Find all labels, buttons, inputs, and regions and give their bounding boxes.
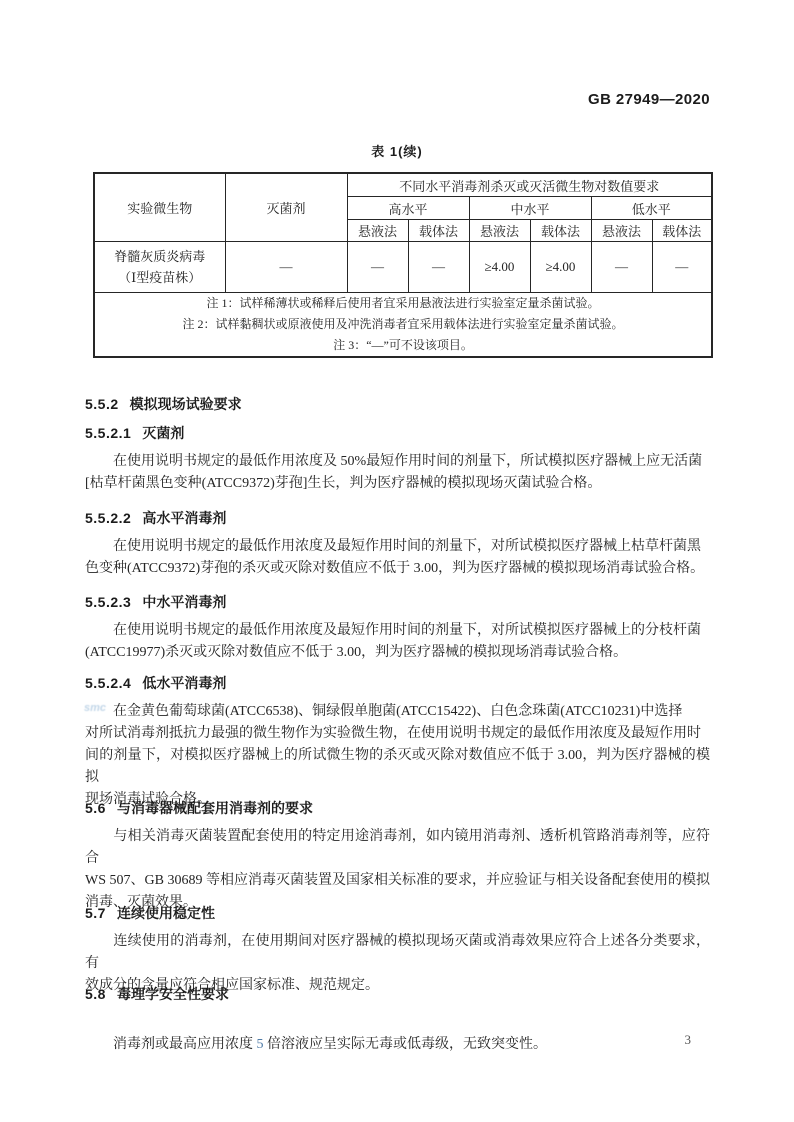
section-title: 与消毒器械配套用消毒剂的要求 — [117, 800, 313, 816]
section-title: 低水平消毒剂 — [142, 675, 226, 691]
section-paragraph: 在金黄色葡萄球菌(ATCC6538)、铜绿假单胞菌(ATCC15422)、白色念… — [85, 701, 710, 811]
section-paragraph: 与相关消毒灭菌装置配套使用的特定用途消毒剂，如内镜用消毒剂、透析机管路消毒剂等，… — [85, 826, 710, 914]
section-5-5-2-4: 5.5.2.4低水平消毒剂 在金黄色葡萄球菌(ATCC6538)、铜绿假单胞菌(… — [85, 673, 710, 811]
section-paragraph: 消毒剂或最高应用浓度 5 倍溶液应呈实际无毒或低毒级，无致突变性。 — [85, 1012, 710, 1056]
microbe-name-line1: 脊髓灰质炎病毒 — [95, 246, 225, 267]
paragraph-text: 倍溶液应呈实际无毒或低毒级，无致突变性。 — [264, 1037, 548, 1052]
section-heading: 5.6与消毒器械配套用消毒剂的要求 — [85, 798, 710, 818]
cell-value: — — [408, 242, 469, 293]
standard-code: GB 27949—2020 — [588, 91, 710, 108]
header-cell-sterilant: 灭菌剂 — [225, 173, 347, 242]
section-number: 5.5.2 — [85, 396, 119, 412]
cell-value: — — [591, 242, 652, 293]
section-title: 模拟现场试验要求 — [130, 396, 242, 412]
microbe-name-line2: （Ⅰ型疫苗株） — [95, 267, 225, 288]
document-page: GB 27949—2020 表 1(续) 实验微生物 灭菌剂 不同水平消毒剂杀灭… — [0, 0, 794, 1122]
section-heading: 5.5.2.4低水平消毒剂 — [85, 673, 710, 693]
section-heading: 5.5.2.1灭菌剂 — [85, 423, 710, 443]
header-cell-span: 不同水平消毒剂杀灭或灭活微生物对数值要求 — [347, 173, 712, 197]
section-heading: 5.8毒理学安全性要求 — [85, 984, 710, 1004]
section-5-6: 5.6与消毒器械配套用消毒剂的要求 与相关消毒灭菌装置配套使用的特定用途消毒剂，… — [85, 798, 710, 914]
section-5-8: 5.8毒理学安全性要求 消毒剂或最高应用浓度 5 倍溶液应呈实际无毒或低毒级，无… — [85, 984, 710, 1056]
section-heading: 5.5.2.2高水平消毒剂 — [85, 508, 710, 528]
cell-microbe-name: 脊髓灰质炎病毒 （Ⅰ型疫苗株） — [94, 242, 225, 293]
cell-value: — — [347, 242, 408, 293]
highlighted-number: 5 — [257, 1037, 264, 1052]
header-cell-method: 悬液法 — [347, 220, 408, 242]
table-note-1: 注 1：试样稀薄状或稀释后使用者宜采用悬液法进行实验室定量杀菌试验。 — [95, 293, 711, 314]
header-cell-method: 载体法 — [408, 220, 469, 242]
section-paragraph: 在使用说明书规定的最低作用浓度及最短作用时间的剂量下，对所试模拟医疗器械上的分枝… — [85, 620, 710, 664]
section-5-5-2-1: 5.5.2.1灭菌剂 在使用说明书规定的最低作用浓度及 50%最短作用时间的剂量… — [85, 423, 710, 495]
section-heading: 5.7连续使用稳定性 — [85, 903, 710, 923]
header-cell-level-mid: 中水平 — [469, 197, 591, 220]
table-note-3: 注 3：“—”可不设该项目。 — [95, 335, 711, 356]
table-caption: 表 1(续) — [0, 141, 794, 160]
header-cell-microbe: 实验微生物 — [94, 173, 225, 242]
section-title: 灭菌剂 — [142, 425, 184, 441]
page-number: 3 — [685, 1032, 692, 1048]
header-cell-method: 载体法 — [530, 220, 591, 242]
microbe-requirements-table: 实验微生物 灭菌剂 不同水平消毒剂杀灭或灭活微生物对数值要求 高水平 中水平 低… — [93, 172, 713, 358]
section-5-5-2: 5.5.2模拟现场试验要求 — [85, 394, 710, 422]
cell-value: ≥4.00 — [530, 242, 591, 293]
section-5-7: 5.7连续使用稳定性 连续使用的消毒剂，在使用期间对医疗器械的模拟现场灭菌或消毒… — [85, 903, 710, 997]
section-number: 5.5.2.2 — [85, 510, 131, 526]
section-5-5-2-3: 5.5.2.3中水平消毒剂 在使用说明书规定的最低作用浓度及最短作用时间的剂量下… — [85, 592, 710, 664]
section-heading: 5.5.2.3中水平消毒剂 — [85, 592, 710, 612]
cell-value: ≥4.00 — [469, 242, 530, 293]
section-number: 5.5.2.1 — [85, 425, 131, 441]
cell-value: — — [652, 242, 712, 293]
table-notes: 注 1：试样稀薄状或稀释后使用者宜采用悬液法进行实验室定量杀菌试验。 注 2：试… — [94, 293, 712, 358]
header-cell-level-high: 高水平 — [347, 197, 469, 220]
section-5-5-2-2: 5.5.2.2高水平消毒剂 在使用说明书规定的最低作用浓度及最短作用时间的剂量下… — [85, 508, 710, 580]
section-number: 5.5.2.3 — [85, 594, 131, 610]
table-note-2: 注 2：试样黏稠状或原液使用及冲洗消毒者宜采用载体法进行实验室定量杀菌试验。 — [95, 314, 711, 335]
header-cell-level-low: 低水平 — [591, 197, 712, 220]
header-cell-method: 悬液法 — [591, 220, 652, 242]
section-number: 5.6 — [85, 800, 106, 816]
section-heading: 5.5.2模拟现场试验要求 — [85, 394, 710, 414]
paragraph-text: 消毒剂或最高应用浓度 — [85, 1037, 257, 1052]
section-number: 5.5.2.4 — [85, 675, 131, 691]
section-number: 5.8 — [85, 986, 106, 1002]
section-paragraph: 在使用说明书规定的最低作用浓度及 50%最短作用时间的剂量下，所试模拟医疗器械上… — [85, 451, 710, 495]
table-row: 脊髓灰质炎病毒 （Ⅰ型疫苗株） — — — ≥4.00 ≥4.00 — — — [94, 242, 712, 293]
section-title: 毒理学安全性要求 — [117, 986, 229, 1002]
header-cell-method: 悬液法 — [469, 220, 530, 242]
section-title: 高水平消毒剂 — [142, 510, 226, 526]
header-cell-method: 载体法 — [652, 220, 712, 242]
section-title: 中水平消毒剂 — [142, 594, 226, 610]
section-paragraph: 在使用说明书规定的最低作用浓度及最短作用时间的剂量下，对所试模拟医疗器械上枯草杆… — [85, 536, 710, 580]
section-number: 5.7 — [85, 905, 106, 921]
cell-sterilant-value: — — [225, 242, 347, 293]
section-title: 连续使用稳定性 — [117, 905, 215, 921]
